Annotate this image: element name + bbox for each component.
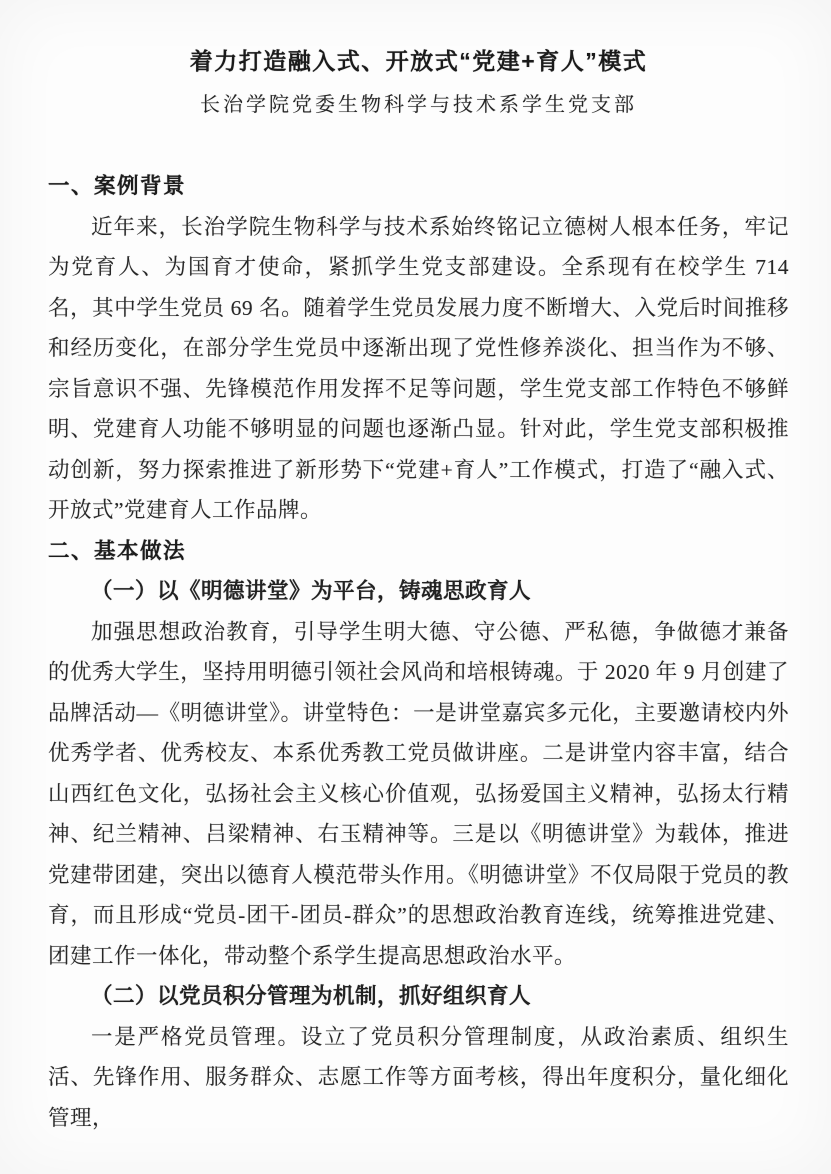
- paragraph-mingde-lecture: 加强思想政治教育，引导学生明大德、守公德、严私德，争做德才兼备的优秀大学生，坚持…: [48, 612, 789, 977]
- subsection-heading-mingde-lecture: （一）以《明德讲堂》为平台，铸魂思政育人: [48, 571, 789, 612]
- section-heading-basic-methods: 二、基本做法: [48, 531, 789, 572]
- paragraph-case-background: 近年来，长治学院生物科学与技术系始终铭记立德树人根本任务，牢记为党育人、为国育才…: [48, 207, 789, 531]
- page-subtitle: 长治学院党委生物科学与技术系学生党支部: [48, 91, 789, 119]
- section-heading-case-background: 一、案例背景: [48, 166, 789, 207]
- paragraph-points-management: 一是严格党员管理。设立了党员积分管理制度，从政治素质、组织生活、先锋作用、服务群…: [48, 1017, 789, 1139]
- document-page: 着力打造融入式、开放式“党建+育人”模式 长治学院党委生物科学与技术系学生党支部…: [0, 0, 831, 1174]
- subsection-heading-points-management: （二）以党员积分管理为机制，抓好组织育人: [48, 976, 789, 1017]
- page-title: 着力打造融入式、开放式“党建+育人”模式: [48, 44, 789, 78]
